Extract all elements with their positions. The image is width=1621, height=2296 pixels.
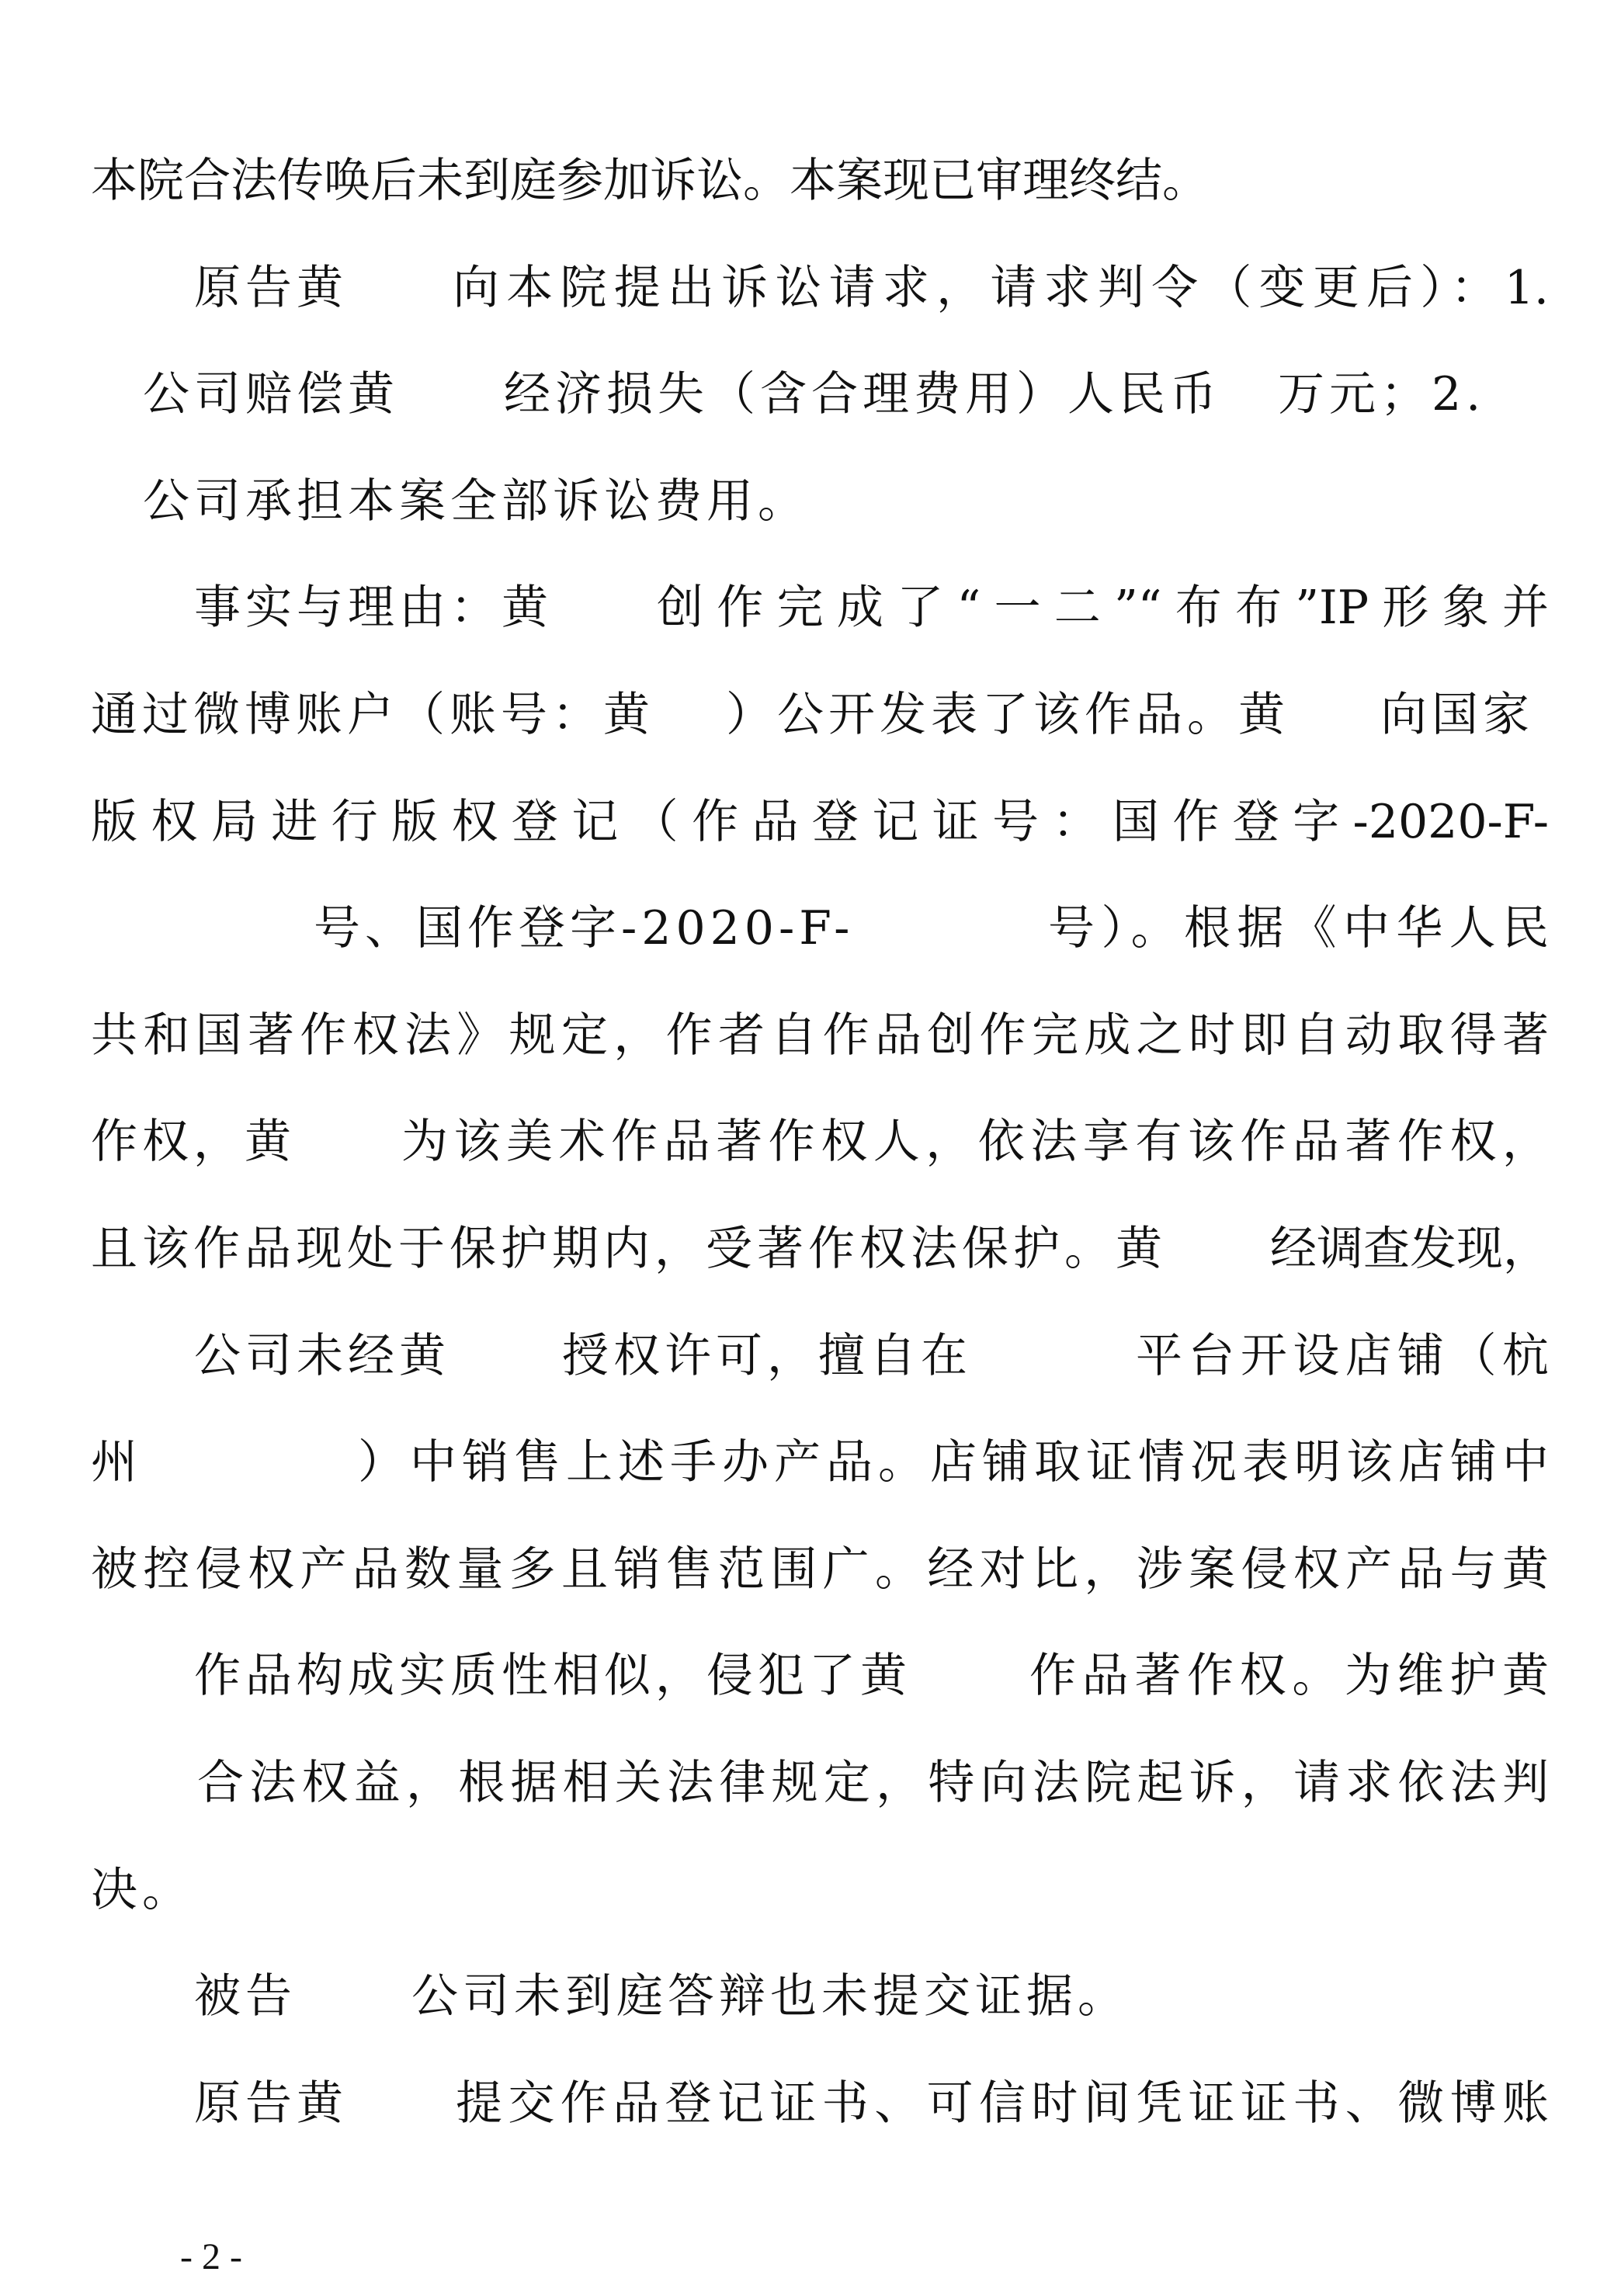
- text-line-2-segment-1: 经济损失（含合理费用）人民币: [504, 369, 1221, 420]
- text-line-11-segment-1: 授权许可，擅自在: [562, 1330, 972, 1382]
- text-line-2-segment-0: 公司赔偿黄: [143, 369, 399, 420]
- text-line-6-segment-0: 版权局进行版权登记（作品登记证号：国作登字-2020-F-: [91, 796, 1549, 848]
- text-line-7-segment-0: 号、国作登字-2020-F-: [314, 903, 854, 954]
- text-line-1-segment-1: 向本院提出诉讼请求，请求判令（变更后）：1.: [453, 262, 1549, 314]
- text-line-10-segment-0: 且该作品现处于保护期内，受著作权法保护。黄: [91, 1223, 1167, 1275]
- text-line-5-segment-1: ）公开发表了该作品。黄: [726, 689, 1290, 740]
- text-line-16-segment-0: 决。: [91, 1864, 193, 1916]
- text-line-12-segment-0: 州: [91, 1437, 142, 1488]
- text-line-15-segment-0: 合法权益，根据相关法律规定，特向法院起诉，请求依法判: [197, 1757, 1549, 1809]
- text-line-17-segment-1: 公司未到庭答辩也未提交证据。: [411, 1971, 1129, 2022]
- text-line-3-segment-0: 公司承担本案全部诉讼费用。: [143, 476, 809, 527]
- text-line-5-segment-0: 通过微博账户（账号：黄: [91, 689, 654, 740]
- text-line-8-segment-0: 共和国著作权法》规定，作者自作品创作完成之时即自动取得著: [91, 1010, 1549, 1061]
- text-line-10-segment-1: 经调查发现，: [1270, 1223, 1549, 1275]
- text-line-14-segment-1: 作品著作权。为维护黄: [1029, 1650, 1549, 1701]
- text-line-13-segment-0: 被控侵权产品数量多且销售范围广。经对比，涉案侵权产品与黄: [91, 1544, 1549, 1595]
- page-number: - 2 -: [180, 2235, 242, 2278]
- text-line-1-segment-0: 原告黄: [194, 262, 348, 314]
- text-line-7-segment-1: 号）。根据《中华人民: [1048, 903, 1549, 954]
- text-line-12-segment-1: ）中销售上述手办产品。店铺取证情况表明该店铺中: [358, 1437, 1549, 1488]
- text-line-11-segment-2: 平台开设店铺（杭: [1136, 1330, 1549, 1382]
- text-line-18-segment-0: 原告黄: [194, 2078, 348, 2129]
- text-line-9-segment-1: 为该美术作品著作权人，依法享有该作品著作权，: [401, 1116, 1549, 1167]
- text-line-17-segment-0: 被告: [194, 1971, 297, 2022]
- text-line-11-segment-0: 公司未经黄: [194, 1330, 450, 1382]
- text-line-18-segment-1: 提交作品登记证书、可信时间凭证证书、微博账: [456, 2078, 1549, 2129]
- text-line-4-segment-1: 创作完成了“一二”“布布”IP形象并: [657, 582, 1549, 633]
- text-line-2-segment-2: 万元；2.: [1278, 369, 1485, 420]
- text-line-0-segment-0: 本院合法传唤后未到庭参加诉讼。本案现已审理终结。: [91, 155, 914, 206]
- text-line-4-segment-0: 事实与理由：黄: [194, 582, 553, 633]
- text-line-9-segment-0: 作权，黄: [91, 1116, 296, 1167]
- text-line-14-segment-0: 作品构成实质性相似，侵犯了黄: [194, 1650, 911, 1701]
- text-line-5-segment-2: 向国家: [1380, 689, 1534, 740]
